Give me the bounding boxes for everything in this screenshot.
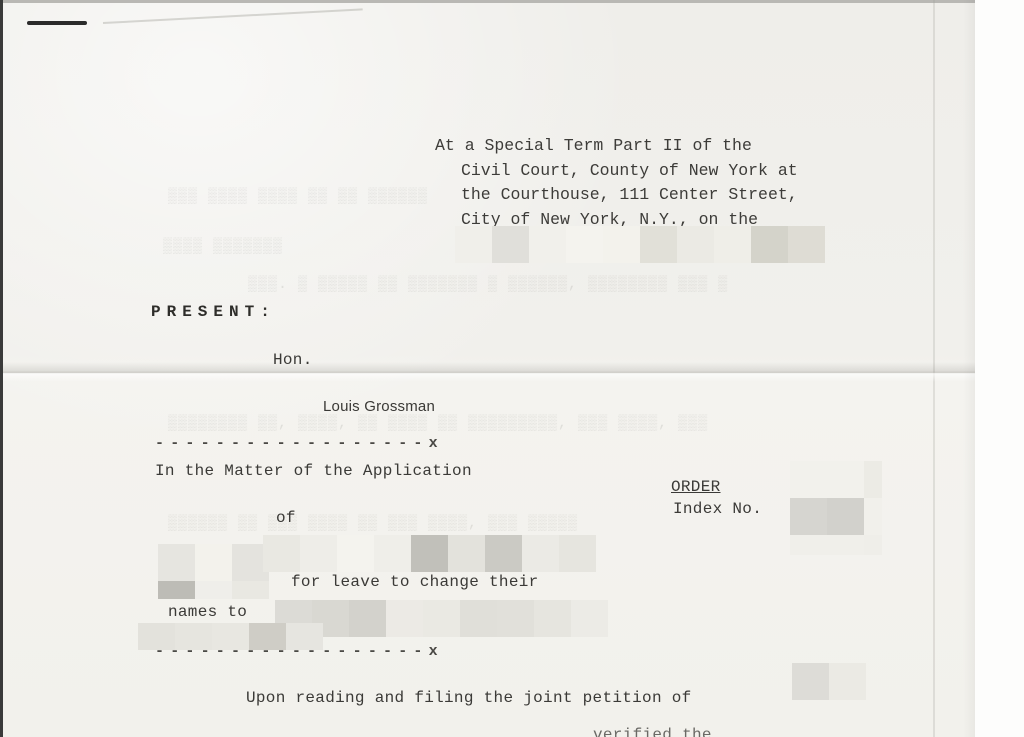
dash-separator-top: ------------------x bbox=[155, 435, 444, 452]
of-line: of bbox=[276, 509, 296, 527]
caption-line: At a Special Term Part II of the bbox=[435, 134, 798, 159]
scanned-document-page: ▒▒▒ ▒▒▒▒ ▒▒▒▒ ▒▒ ▒▒ ▒▒▒▒▒▒ ▒▒▒▒ ▒▒▒▒▒▒▒ … bbox=[0, 0, 975, 737]
index-label: Index No. bbox=[673, 500, 762, 518]
court-caption: At a Special Term Part II of the Civil C… bbox=[435, 134, 798, 232]
caption-line: the Courthouse, 111 Center Street, bbox=[435, 183, 798, 208]
redacted-petitioners-b bbox=[263, 535, 596, 572]
names-to-line: names to bbox=[168, 603, 247, 621]
bleed-through-text: ▒▒▒. ▒ ▒▒▒▒▒ ▒▒ ▒▒▒▒▒▒▒ ▒ ▒▒▒▒▒▒, ▒▒▒▒▒▒… bbox=[248, 276, 728, 293]
bleed-through-text: ▒▒▒▒▒▒ ▒▒ ▒▒▒ ▒▒▒▒ ▒▒ ▒▒▒ ▒▒▒▒, ▒▒▒ ▒▒▒▒… bbox=[168, 515, 578, 532]
redacted-petition-names bbox=[792, 663, 866, 712]
for-leave-line: for leave to change their bbox=[291, 573, 539, 591]
partial-bottom-line: verified the bbox=[593, 726, 712, 737]
order-title: ORDER bbox=[671, 478, 721, 496]
paper-top-edge bbox=[3, 0, 975, 3]
upon-reading-line: Upon reading and filing the joint petiti… bbox=[246, 689, 692, 707]
bleed-through-text: ▒▒▒▒ ▒▒▒▒▒▒▒ bbox=[163, 238, 283, 255]
staple-mark bbox=[27, 21, 87, 25]
dash-separator-bottom: ------------------x bbox=[155, 643, 444, 660]
caption-line: Civil Court, County of New York at bbox=[435, 159, 798, 184]
bleed-through-text: ▒▒▒▒▒▒▒▒ ▒▒, ▒▒▒▒, ▒▒ ▒▒▒▒ ▒▒ ▒▒▒▒▒▒▒▒▒,… bbox=[168, 415, 708, 432]
horizontal-fold bbox=[3, 362, 975, 382]
present-label: PRESENT: bbox=[151, 303, 276, 321]
redacted-new-names-a bbox=[275, 600, 608, 637]
redacted-index-number bbox=[790, 461, 882, 555]
hon-label: Hon. bbox=[273, 351, 313, 369]
matter-line: In the Matter of the Application bbox=[155, 462, 472, 480]
redacted-date bbox=[455, 226, 825, 263]
bleed-through-text: ▒▒▒ ▒▒▒▒ ▒▒▒▒ ▒▒ ▒▒ ▒▒▒▒▒▒ bbox=[168, 188, 428, 205]
redacted-petitioners-a bbox=[158, 544, 269, 599]
paper-crease bbox=[103, 8, 363, 24]
judge-name: Louis Grossman bbox=[323, 398, 435, 415]
